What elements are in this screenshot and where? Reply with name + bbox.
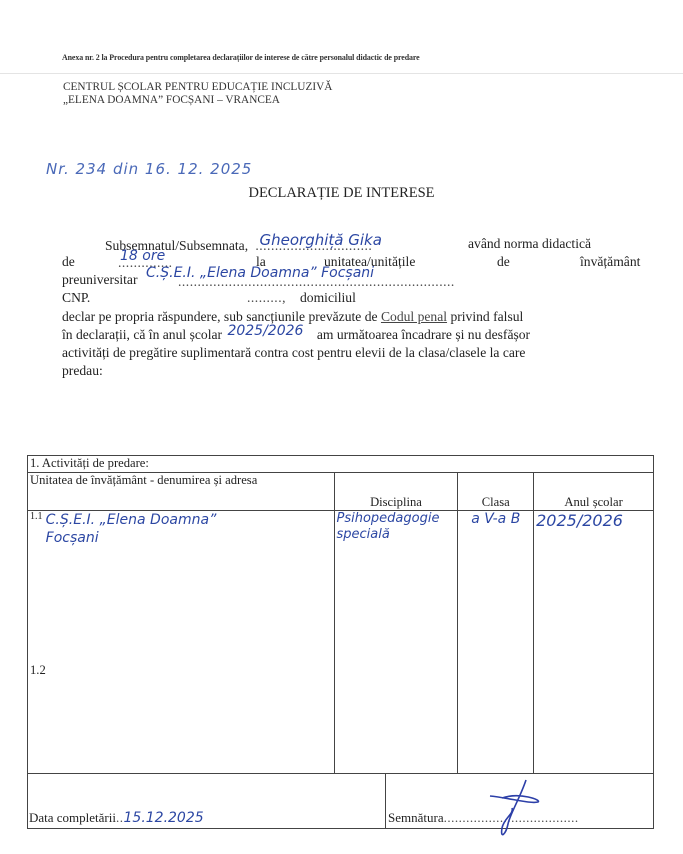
norm-label: având norma didactică: [468, 236, 591, 252]
declaration-line-2: în declarații, că în anul școlar 2025/20…: [62, 327, 530, 343]
date-label: Data completării: [29, 810, 116, 825]
registration-number: Nr. 234 din 16. 12. 2025: [46, 160, 252, 178]
row-class-cell: a V-a B: [458, 511, 534, 774]
section-title: 1. Activități de predare:: [28, 456, 654, 473]
de-label: de: [62, 254, 75, 270]
institution-line-2: „ELENA DOAMNA” FOCȘANI – VRANCEA: [63, 94, 332, 107]
completion-date: Data completării..15.12.2025: [29, 810, 204, 826]
domicile-label: domiciliul: [300, 290, 356, 306]
row-discipline-value[interactable]: Psihopedagogie specială: [337, 511, 456, 543]
row-unit-value[interactable]: C.Ș.E.I. „Elena Doamna” Focșani: [46, 511, 266, 547]
cnp-label: CNP.: [62, 290, 90, 306]
table-row: 1.1 C.Ș.E.I. „Elena Doamna” Focșani 1.2 …: [28, 511, 654, 774]
unit-dots: ........................................…: [178, 274, 455, 290]
column-header-class: Clasa: [458, 473, 534, 511]
declaration-line-3: activități de pregătire suplimentară con…: [62, 345, 525, 361]
school-year-value[interactable]: 2025/2026: [227, 323, 303, 339]
institution-line-1: CENTRUL ȘCOLAR PENTRU EDUCAȚIE INCLUZIVĂ: [63, 81, 332, 94]
date-value[interactable]: 15.12.2025: [124, 810, 204, 826]
school-year-label: în declarații, că în anul școlar: [62, 327, 222, 342]
annex-header: Anexa nr. 2 la Procedura pentru completa…: [62, 52, 420, 62]
column-header-discipline: Disciplina: [334, 473, 458, 511]
row-index: 1.2: [30, 663, 46, 678]
signature-label: Semnătura: [388, 810, 444, 825]
completion-divider: [385, 774, 386, 828]
row-index: 1.1: [30, 511, 43, 522]
row-school-year-cell: 2025/2026: [534, 511, 654, 774]
page-title: DECLARAȚIE DE INTERESE: [0, 185, 683, 202]
de2-label: de: [497, 254, 510, 270]
teaching-activities-table: 1. Activități de predare: Unitatea de în…: [27, 455, 654, 774]
signature-scribble-icon[interactable]: [480, 778, 550, 844]
row-school-year-value[interactable]: 2025/2026: [536, 511, 651, 530]
header-divider: [0, 73, 683, 74]
declarant-name[interactable]: Gheorghiță Gika: [260, 231, 382, 249]
column-header-unit: Unitatea de învățământ - denumirea și ad…: [28, 473, 335, 511]
completion-row: Data completării..15.12.2025 Semnătura..…: [27, 773, 654, 829]
penal-code-link[interactable]: Codul penal: [381, 309, 447, 324]
row-unit-cell: 1.1 C.Ș.E.I. „Elena Doamna” Focșani 1.2: [28, 511, 335, 774]
declaration-text: declar pe propria răspundere, sub sancți…: [62, 309, 378, 324]
column-header-school-year: Anul școlar: [534, 473, 654, 511]
school-year-suffix: am următoarea încadrare și nu desfășor: [317, 327, 530, 342]
institution-name: CENTRUL ȘCOLAR PENTRU EDUCAȚIE INCLUZIVĂ…: [63, 81, 332, 107]
preuniversity-label: preuniversitar: [62, 272, 138, 288]
cnp-dots: .........,: [247, 290, 286, 306]
declaration-text-end: privind falsul: [450, 309, 523, 324]
row-discipline-cell: Psihopedagogie specială: [334, 511, 458, 774]
declaration-line-4: predau:: [62, 363, 103, 379]
education-label: învățământ: [580, 254, 640, 270]
row-class-value[interactable]: a V-a B: [460, 511, 531, 527]
